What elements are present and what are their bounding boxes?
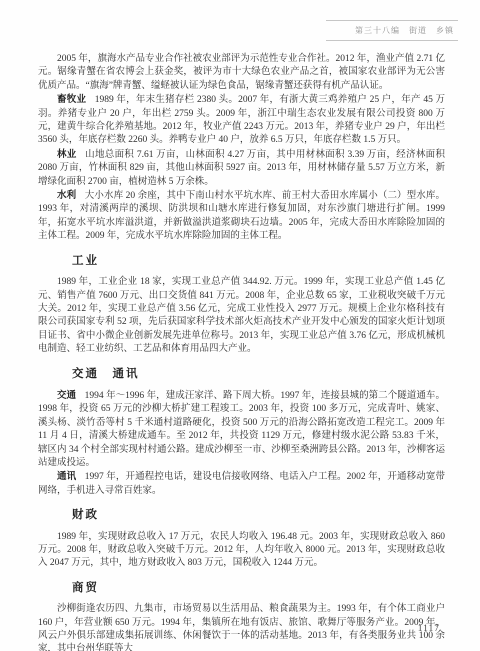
paragraph-forestry-text: 山地总面积 7.61 万亩，山林面积 4.27 万亩，其中用材林面积 3.39 … <box>38 150 445 187</box>
section-heading-finance: 财政 <box>72 509 445 522</box>
paragraph-fishery-continued: 2005 年，旗海水产品专业合作社被农业部评为示范性专业合作社。2012 年，渔… <box>38 53 445 93</box>
section-heading-industry: 工业 <box>72 255 445 268</box>
paragraph-transport-text: 1994 年～1996 年，建成汪家洋、路下周大桥。1997 年，连接县城的第二… <box>38 391 445 468</box>
running-header: 第三十八编 街道 乡镇 <box>326 20 458 41</box>
paragraph-transport: 交通1994 年～1996 年，建成汪家洋、路下周大桥。1997 年，连接县城的… <box>38 389 445 470</box>
page-number: 1117 <box>418 624 440 634</box>
run-in-label-transport: 交通 <box>57 390 76 401</box>
paragraph-forestry: 林业山地总面积 7.61 万亩，山林面积 4.27 万亩，其中用材林面积 3.3… <box>38 148 445 189</box>
run-in-label-forestry: 林业 <box>57 149 77 160</box>
paragraph-industry: 1989 年，工业企业 18 家，实现工业总产值 344.92. 万元。1999… <box>38 276 445 356</box>
paragraph-animal-husbandry-text: 1989 年，年末生猪存栏 2380 头。2007 年，有浙大黄三鸡养殖户 25… <box>38 95 445 145</box>
paragraph-communication: 通讯1997 年，开通程控电话，建设电信接收网络、电话入户工程。2002 年，开… <box>38 470 445 498</box>
book-page: 第三十八编 街道 乡镇 2005 年，旗海水产品专业合作社被农业部评为示范性专业… <box>0 0 480 651</box>
paragraph-animal-husbandry: 畜牧业1989 年，年末生猪存栏 2380 头。2007 年，有浙大黄三鸡养殖户… <box>38 93 445 148</box>
paragraph-commerce: 沙柳街逢农历四、九集市，市场贸易以生活用品、粮食蔬果为主。1993 年，有个体工… <box>38 603 445 651</box>
run-in-label-communication: 通讯 <box>57 471 76 482</box>
paragraph-finance: 1989 年，实现财政总收入 17 万元，农民人均收入 196.48 元。200… <box>38 531 445 571</box>
running-header-sub: 乡镇 <box>436 25 454 36</box>
run-in-label-water-conservancy: 水利 <box>57 190 76 201</box>
paragraph-water-conservancy-text: 大小水库 20 余座，其中下南山村水平坑水库、前王村大岙田水库属小（二）型水库。… <box>38 191 445 241</box>
run-in-label-animal-husbandry: 畜牧业 <box>57 94 86 105</box>
paragraph-water-conservancy: 水利大小水库 20 余座，其中下南山村水平坑水库、前王村大岙田水库属小（二）型水… <box>38 189 445 244</box>
running-header-part: 街道 <box>409 25 427 36</box>
section-heading-transport-comm: 交通 通讯 <box>72 368 445 381</box>
paragraph-communication-text: 1997 年，开通程控电话，建设电信接收网络、电话入户工程。2002 年，开通移… <box>38 472 445 495</box>
running-header-volume: 第三十八编 <box>355 25 400 36</box>
page-body: 2005 年，旗海水产品专业合作社被农业部评为示范性专业合作社。2012 年，渔… <box>38 53 445 651</box>
section-heading-commerce: 商贸 <box>72 582 445 595</box>
